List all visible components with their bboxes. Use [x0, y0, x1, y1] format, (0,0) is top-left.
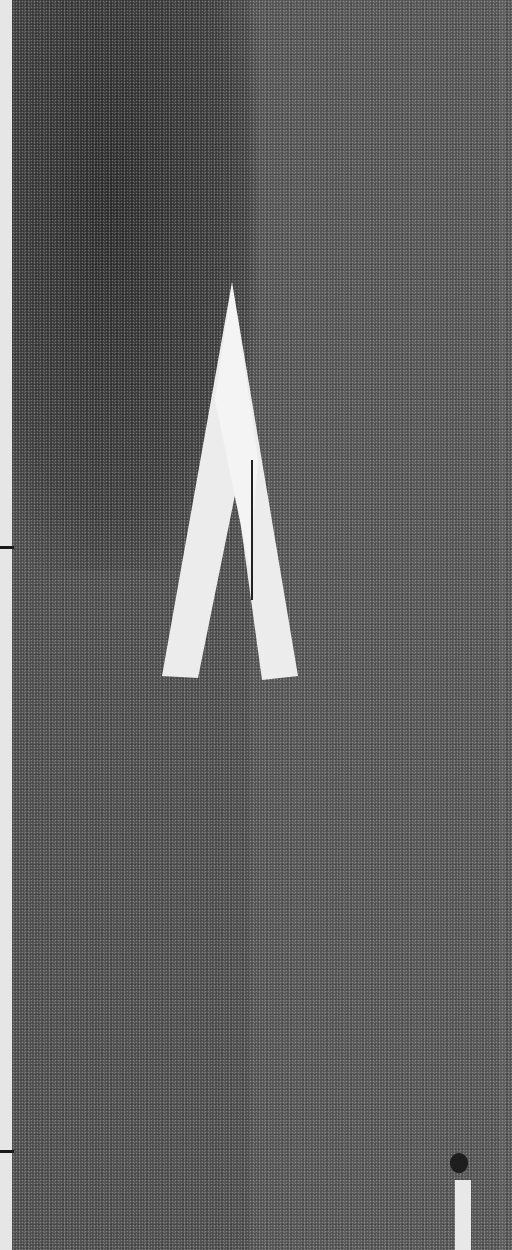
road-scene — [0, 0, 512, 1250]
lane-stripe — [455, 1180, 471, 1250]
manhole — [450, 1153, 468, 1173]
arrow-marking-icon — [0, 0, 512, 1250]
